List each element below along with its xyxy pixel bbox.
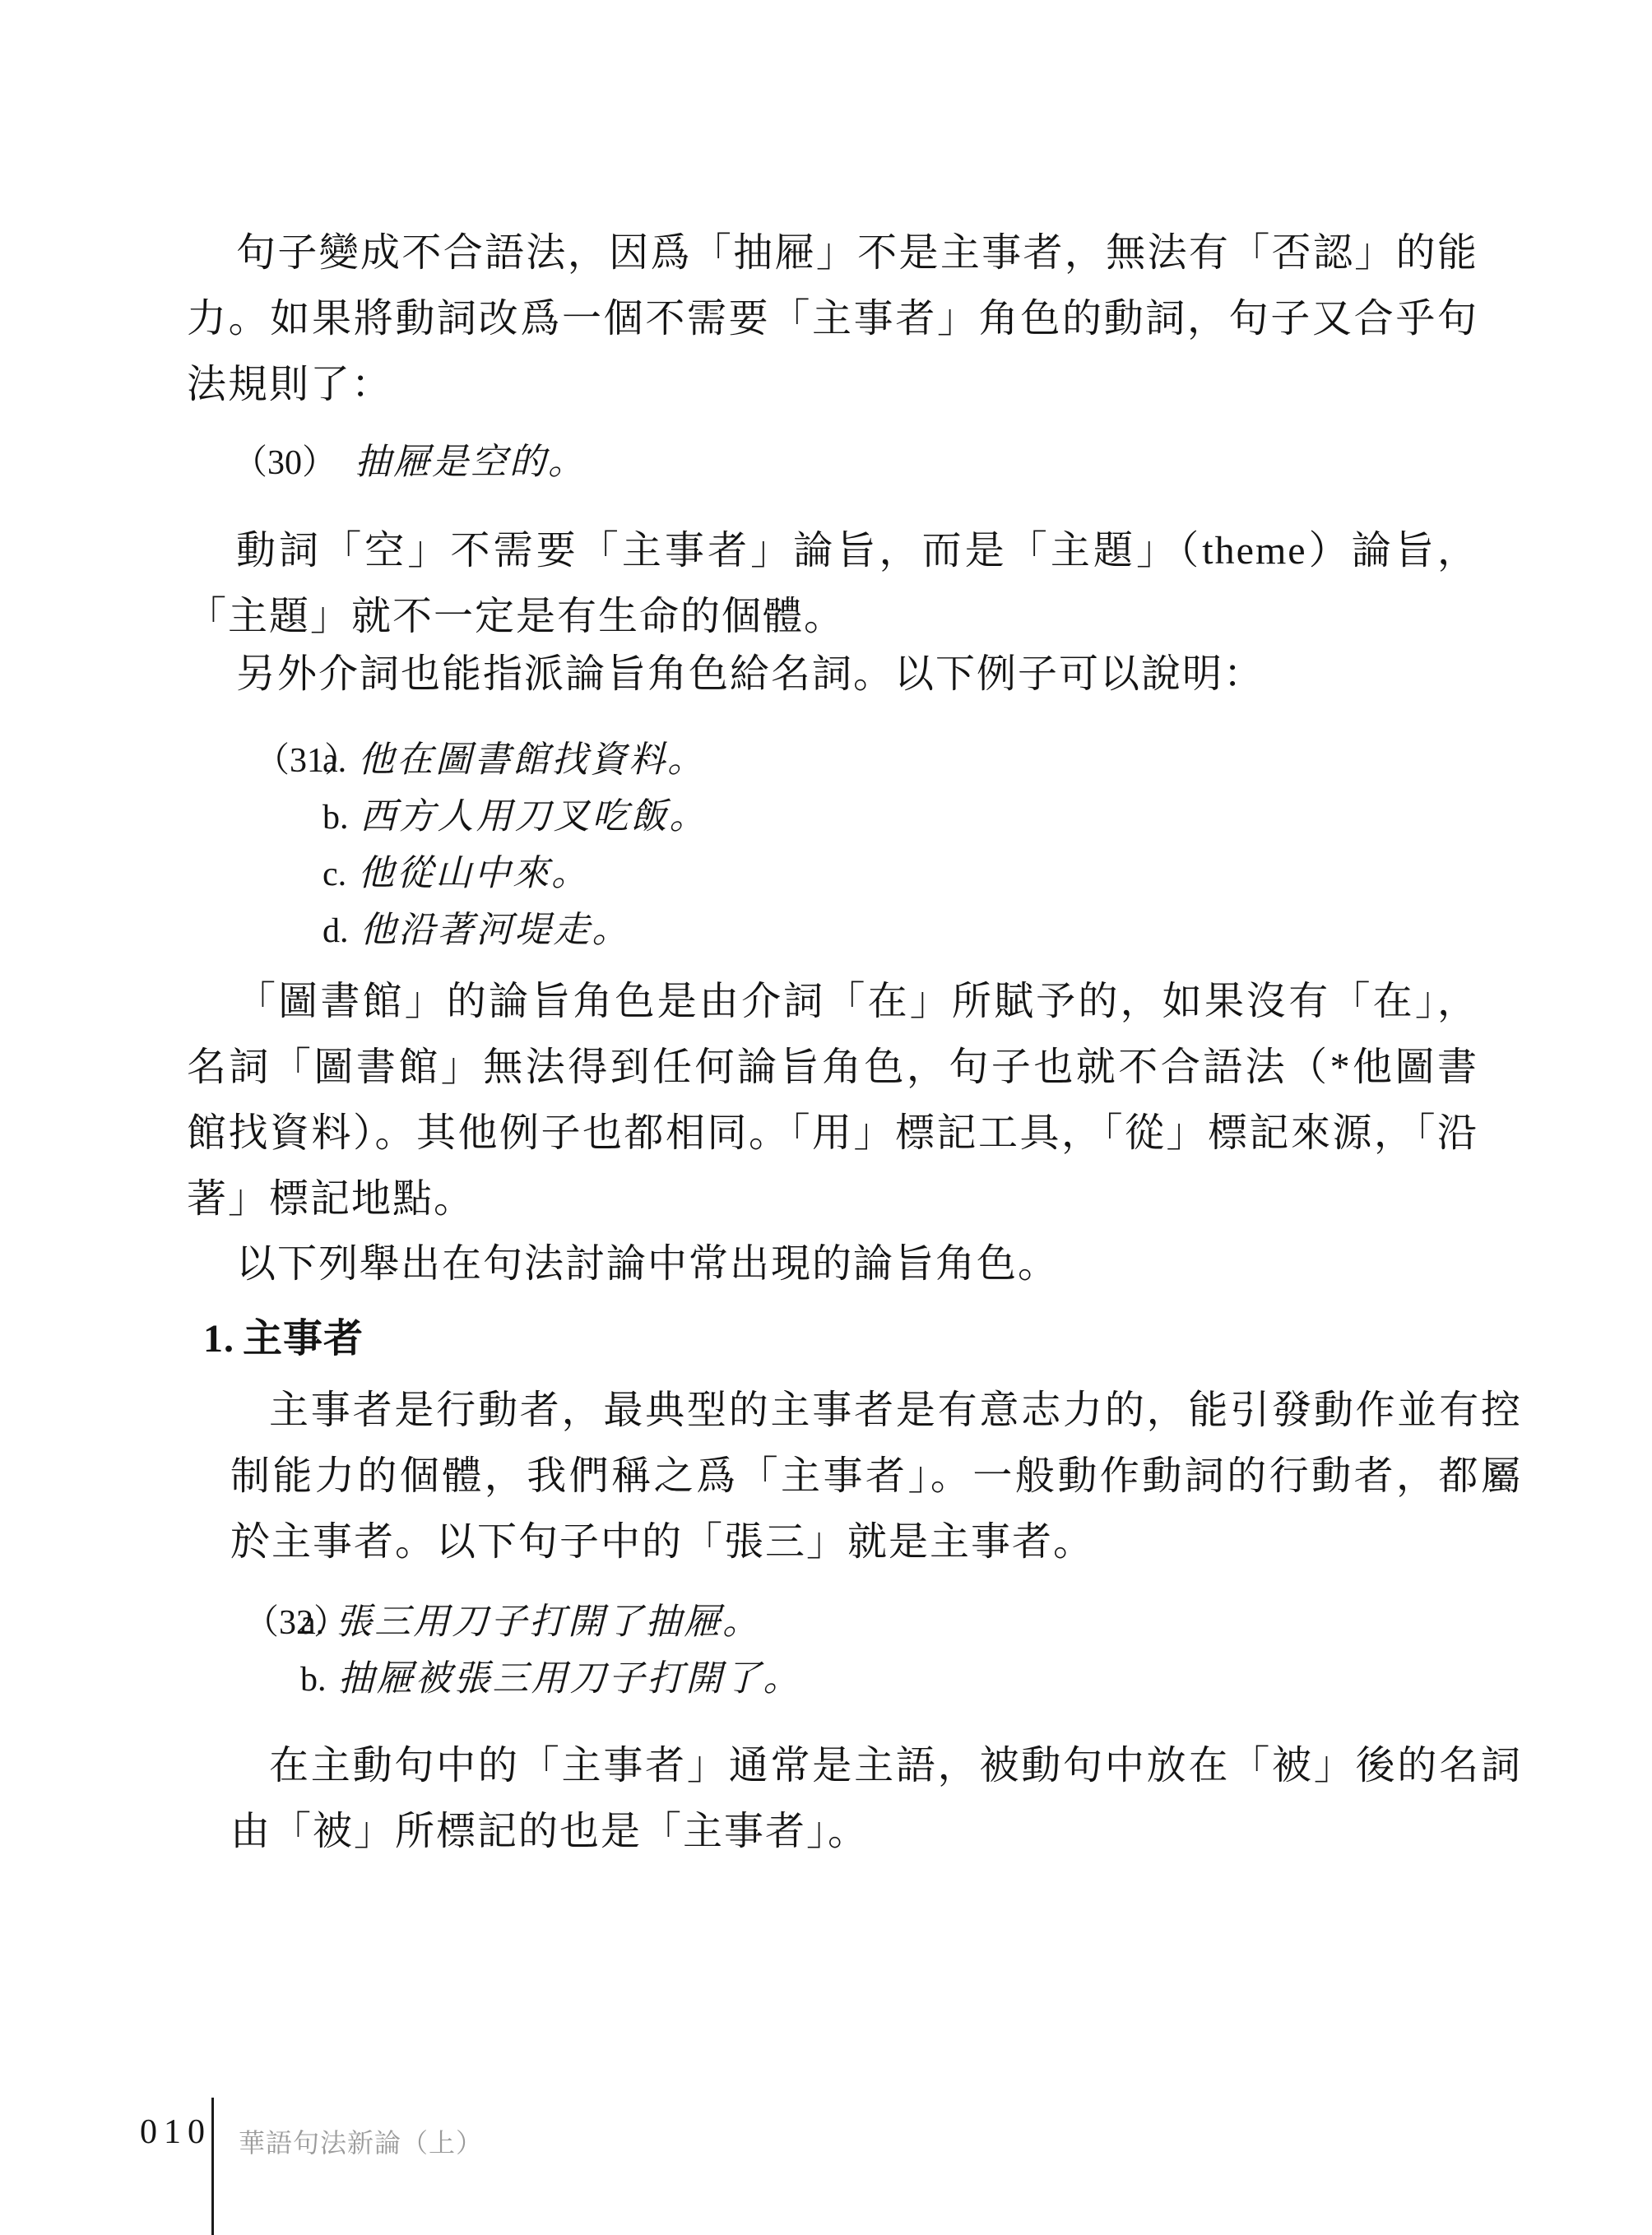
footer-divider-rule [211,2098,214,2235]
paragraph-library: 「圖書館」的論旨角色是由介詞「在」所賦予的，如果沒有「在」，名詞「圖書館」無法得… [187,969,1478,1232]
example-31-letter-a: a. [323,734,346,789]
paragraph-theme: 動詞「空」不需要「主事者」論旨，而是「主題」（theme）論旨，「主題」就不一定… [187,518,1478,650]
example-30: （30） 抽屜是空的。 [233,434,587,491]
example-31-item-d: d. 他沿著河堤走。 [255,902,708,959]
section-number: 1. [203,1317,234,1361]
example-30-number: （30） [233,436,336,491]
example-31-sentence-b: 西方人用刀叉吃飯。 [360,789,708,844]
example-31-sentence-a: 他在圖書館找資料。 [358,732,706,787]
example-31-letter-c: c. [323,847,346,902]
example-32-letter-b: b. [300,1653,327,1708]
section-title: 主事者 [243,1317,364,1361]
example-31: （31） a. 他在圖書館找資料。 b. 西方人用刀叉吃飯。 c. 他從山中來。… [255,732,708,959]
example-32-number: （32） [244,1596,300,1651]
paragraph-intro: 句子變成不合語法，因爲「抽屜」不是主事者，無法有「否認」的能力。如果將動詞改爲一… [187,220,1478,418]
book-page: 句子變成不合語法，因爲「抽屜」不是主事者，無法有「否認」的能力。如果將動詞改爲一… [0,0,1652,2235]
book-title: 華語句法新論（上） [239,2122,483,2160]
example-32-sentence-b: 抽屜被張三用刀子打開了。 [338,1651,802,1706]
example-32-item-a: （32） a. 張三用刀子打開了抽屜。 [244,1594,802,1651]
example-30-row: （30） 抽屜是空的。 [233,434,587,491]
example-31-item-a: （31） a. 他在圖書館找資料。 [255,732,708,789]
example-31-item-b: b. 西方人用刀叉吃飯。 [255,789,708,846]
example-31-sentence-d: 他沿著河堤走。 [360,902,631,958]
example-32: （32） a. 張三用刀子打開了抽屜。 b. 抽屜被張三用刀子打開了。 [244,1594,802,1708]
example-31-item-c: c. 他從山中來。 [255,846,708,902]
section-heading-agent: 1.主事者 [203,1316,364,1362]
paragraph-prepositions: 另外介詞也能指派論旨角色給名詞。以下例子可以說明： [187,642,1478,707]
example-32-letter-a: a. [300,1596,324,1651]
example-32-sentence-a: 張三用刀子打開了抽屜。 [336,1594,761,1649]
paragraph-agent-definition: 主事者是行動者，最典型的主事者是有意志力的，能引發動作並有控制能力的個體，我們稱… [230,1378,1522,1575]
paragraph-agent-passive: 在主動句中的「主事者」通常是主語，被動句中放在「被」後的名詞由「被」所標記的也是… [230,1733,1522,1865]
example-31-letter-b: b. [323,791,349,846]
example-30-sentence: 抽屜是空的。 [355,434,587,489]
example-32-item-b: b. 抽屜被張三用刀子打開了。 [244,1651,802,1708]
example-31-letter-d: d. [323,904,349,959]
example-31-sentence-c: 他從山中來。 [358,846,590,901]
paragraph-roles-list-intro: 以下列舉出在句法討論中常出現的論旨角色。 [187,1231,1478,1297]
page-number: 010 [140,2112,211,2152]
example-31-number: （31） [255,734,323,789]
